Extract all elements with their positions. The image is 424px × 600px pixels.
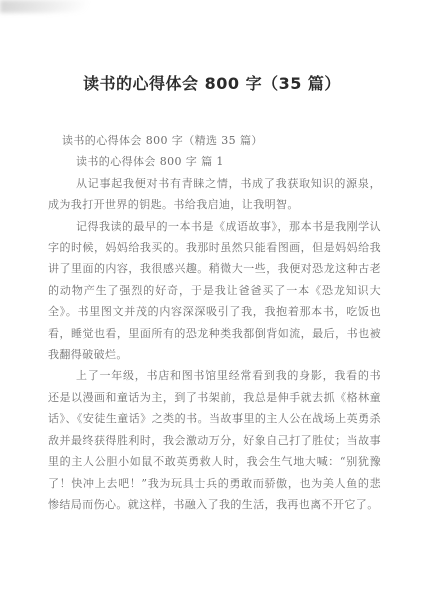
page-title: 读书的心得体会 800 字（35 篇）: [0, 71, 424, 94]
paragraph: 从记事起我便对书有青睐之情，书成了我获取知识的源泉，成为我打开世界的钥匙。书给我…: [48, 173, 381, 216]
document-body: 读书的心得体会 800 字（精选 35 篇） 读书的心得体会 800 字 篇 1…: [48, 130, 381, 515]
document-page: 读书的心得体会 800 字（35 篇） 读书的心得体会 800 字（精选 35 …: [0, 0, 424, 600]
paragraph: 上了一年级，书店和图书馆里经常看到我的身影，我看的书还是以漫画和童话为主，到了书…: [48, 365, 381, 515]
section-heading: 读书的心得体会 800 字 篇 1: [48, 151, 381, 172]
document-subtitle: 读书的心得体会 800 字（精选 35 篇）: [48, 130, 381, 151]
paragraph-list: 从记事起我便对书有青睐之情，书成了我获取知识的源泉，成为我打开世界的钥匙。书给我…: [48, 173, 381, 516]
scan-shadow-artifact: [0, 0, 115, 13]
paragraph: 记得我读的最早的一本书是《成语故事》，那本书是我刚学认字的时候，妈妈给我买的。我…: [48, 216, 381, 366]
